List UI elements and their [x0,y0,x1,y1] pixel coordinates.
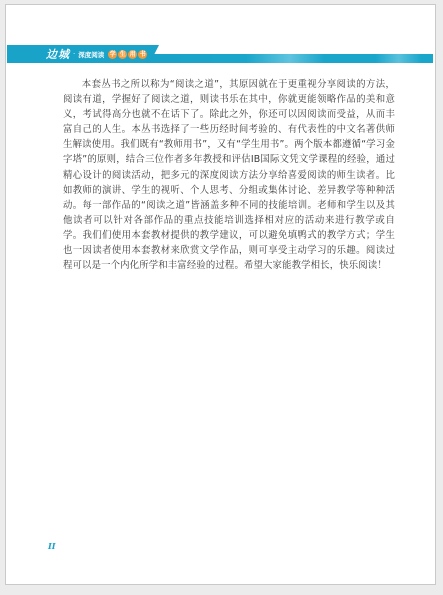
badge-char: 用 [128,50,137,59]
student-book-badges: 学 生 用 书 [108,50,147,59]
badge-char: 学 [108,50,117,59]
badge-char: 生 [118,50,127,59]
title-separator: · [73,50,75,58]
document-page: 边城 · 深度阅读 学 生 用 书 本套丛书之所以称为“阅读之道”，其原因就在于… [5,4,436,585]
brand-name: 边城 [46,46,70,62]
badge-char: 书 [138,50,147,59]
header-banner-band [146,54,433,63]
page-number: II [48,541,55,551]
preface-paragraph: 本套丛书之所以称为“阅读之道”，其原因就在于更重视分享阅读的方法，阅读有道，学握… [63,77,395,273]
series-subtitle: 深度阅读 [78,50,104,59]
series-title: 边城 · 深度阅读 学 生 用 书 [46,45,147,63]
preface-body: 本套丛书之所以称为“阅读之道”，其原因就在于更重视分享阅读的方法，阅读有道，学握… [63,77,395,273]
